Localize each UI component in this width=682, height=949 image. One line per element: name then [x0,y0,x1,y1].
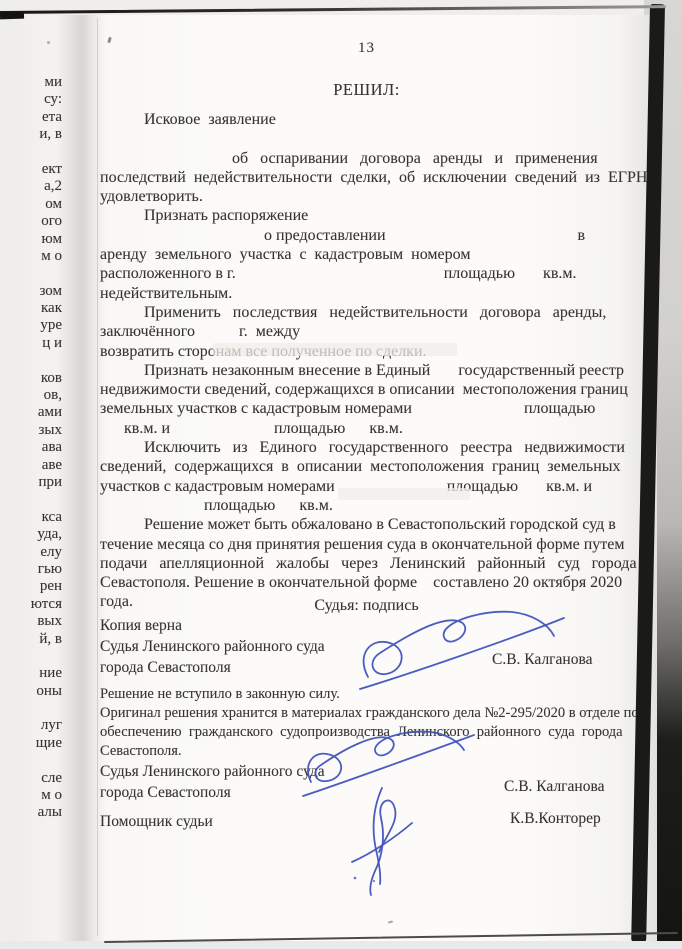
page-fragment [16,648,62,665]
body-line: подачи апелляционной жалобы через Ленинс… [100,554,652,573]
assistant-label: Помощник судьи [100,813,213,831]
body-line: сведений, содержащихся в описании местоп… [100,457,652,476]
body-line: кв.м. и площадью кв.м. [100,419,652,438]
page-fragment: кса [16,509,62,526]
page-fragment: сле [16,770,62,787]
copy-certified-label: Копия верна [100,617,182,635]
page-number: 13 [100,40,633,57]
body-line: Признать незаконным внесение в Единый го… [100,361,652,380]
body-line: течение месяца со дня принятия решения с… [100,535,652,554]
page-fragment: при [16,474,62,491]
court-name2-line1: Судья Ленинского районного суда [100,763,325,781]
page-fragment: ние [16,665,62,682]
body-line: аренду земельного участка с кадастровым … [100,245,652,264]
page-fragment: юм [16,231,62,248]
page-fragment: ц и [16,335,62,352]
page-fragment: луг [16,717,62,734]
body-line: о предоставлении в [100,226,652,245]
scan-top-edge-blob [0,12,24,20]
scan-speck [47,41,50,44]
page-fragment: м о [16,787,62,804]
page-fragment: зых [16,422,62,439]
judge-signature-note: Судья: подпись [100,597,633,615]
page-edge-line [97,18,98,936]
body-line: Признать распоряжение [100,206,652,225]
court-name2-line2: города Севастополя [100,784,231,802]
decision-body: Исковое заявление об оспаривании договор… [100,110,652,612]
body-line: заключённого г. между [100,322,652,341]
body-line: Исковое заявление [100,110,652,129]
page-fragment [16,700,62,717]
page-fragment: уда, [16,526,62,543]
page-fragment: гью [16,561,62,578]
body-line: последствий недействительности сделки, о… [100,168,652,187]
page-fragment [16,144,62,161]
page-fragment: ов, [16,387,62,404]
page-fragment: вых [16,613,62,630]
page-fragment: ются [16,596,62,613]
body-line: недвижимости сведений, содержащихся в оп… [100,380,652,399]
whiteout-redaction [338,488,470,500]
page-fragment: а,2 [16,178,62,195]
page-fragment: зом [16,283,62,300]
page-fragment: оны [16,683,62,700]
book-fold-shadow [56,15,106,941]
body-line: об оспаривании договора аренды и примене… [100,149,652,168]
page-fragment: аве [16,457,62,474]
page-fragment: как [16,300,62,317]
underlying-page-strip [0,941,682,949]
page-fragment [16,491,62,508]
scanned-court-decision-page: мису:етаи, векта,2омогоюмм озомкакурец и… [0,0,682,949]
judge-name-2: С.В. Калганова [504,778,604,796]
court-name-line2: города Севастополя [100,659,231,677]
page-fragment [16,752,62,769]
body-line: Севастополя. Решение в окончательной фор… [100,573,652,592]
page-fragment: ом [16,196,62,213]
page-fragment: щие [16,735,62,752]
scanner-corner [662,922,682,939]
body-line: земельных участков с кадастровым номерам… [100,399,652,418]
page-fragment: ми [16,74,62,91]
page-fragment: алы [16,804,62,821]
scan-top-edge [0,5,666,14]
page-fragment: ого [16,213,62,230]
page-fragment [16,265,62,282]
page-fragment: ков [16,370,62,387]
original-storage-line2: обеспечению гражданского судопроизводств… [100,724,623,741]
page-fragment: и, в [16,126,62,143]
body-line: расположенного в г. площадью кв.м. [100,264,652,283]
original-storage-line1: Оригинал решения хранится в материалах г… [100,705,639,722]
assistant-name: К.В.Конторер [510,810,601,828]
page-fragment: рен [16,578,62,595]
page-fragment: м о [16,248,62,265]
page-fragment: ами [16,404,62,421]
body-line: Исключить из Единого государственного ре… [100,438,652,457]
judge-name: С.В. Калганова [492,651,592,669]
page-fragment: елу [16,544,62,561]
body-line: Применить последствия недействительности… [100,303,652,322]
body-line: недействительным. [100,284,652,303]
decision-heading: РЕШИЛ: [100,80,633,100]
page-fragment: ета [16,109,62,126]
body-line: Решение может быть обжаловано в Севастоп… [100,515,652,534]
page-fragment [16,352,62,369]
previous-page-text-edge: мису:етаи, векта,2омогоюмм озомкакурец и… [16,74,62,844]
body-line: удовлетворить. [100,187,652,206]
court-name-line1: Судья Ленинского районного суда [100,638,325,656]
page-fragment: уре [16,317,62,334]
body-line [100,129,652,148]
original-storage-line3: Севастополя. [100,743,182,760]
page-fragment: су: [16,91,62,108]
whiteout-redaction [213,343,457,356]
page-fragment: й, в [16,631,62,648]
page-fragment: ава [16,439,62,456]
status-not-in-force: Решение не вступило в законную силу. [100,686,340,703]
page-fragment: ект [16,161,62,178]
